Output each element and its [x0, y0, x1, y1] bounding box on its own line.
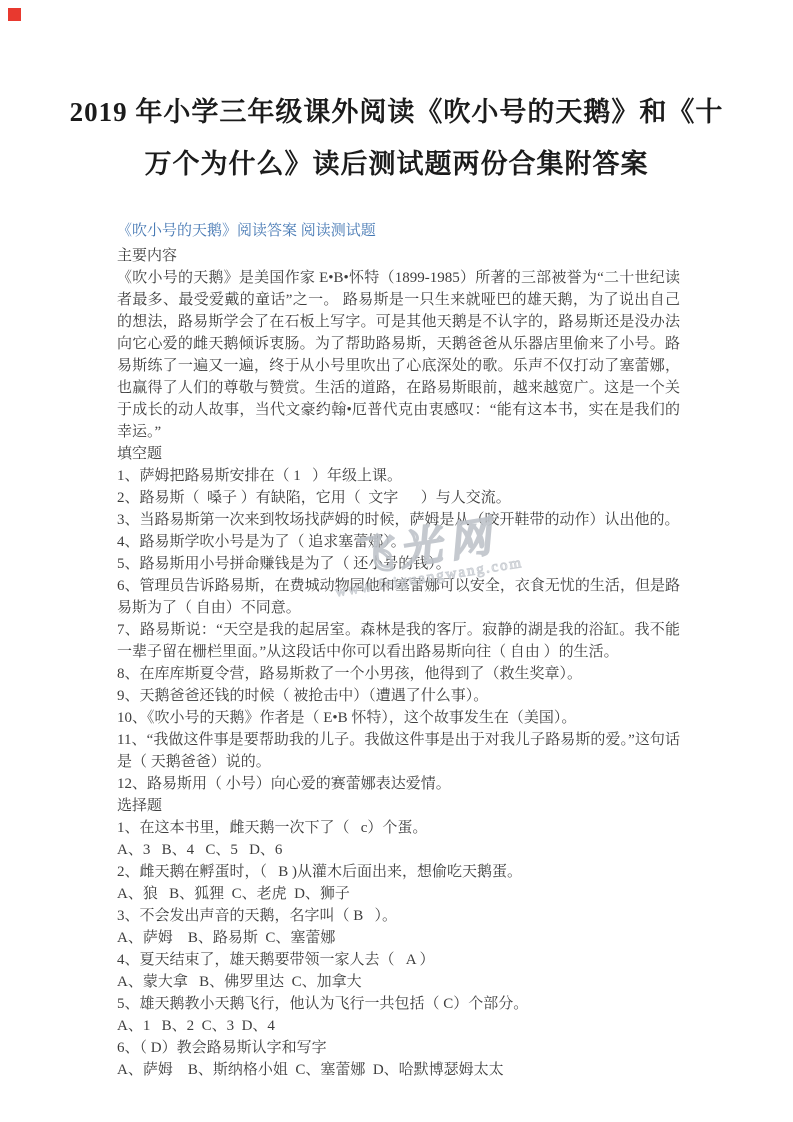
choice-question: 5、雄天鹅教小天鹅飞行，他认为飞行一共包括（ C）个部分。	[117, 993, 680, 1015]
section-heading-fill: 填空题	[117, 443, 680, 465]
choice-item: 2、雌天鹅在孵蛋时，（ B )从灌木后面出来，想偷吃天鹅蛋。 A、狼 B、狐狸 …	[117, 861, 680, 905]
choice-list: 1、在这本书里，雌天鹅一次下了（ c）个蛋。 A、3 B、4 C、5 D、6 2…	[117, 817, 680, 1081]
choice-item: 6、（ D）教会路易斯认字和写字 A、萨姆 B、斯纳格小姐 C、塞蕾娜 D、哈默…	[117, 1037, 680, 1081]
choice-options: A、蒙大拿 B、佛罗里达 C、加拿大	[117, 971, 680, 993]
fill-blank-item: 7、路易斯说：“天空是我的起居室。森林是我的客厅。寂静的湖是我的浴缸。我不能一辈…	[117, 619, 680, 663]
section-heading-main: 主要内容	[117, 245, 680, 267]
fill-blank-list: 1、萨姆把路易斯安排在（ 1 ）年级上课。 2、路易斯（ 嗓子 ）有缺陷，它用（…	[117, 465, 680, 795]
choice-question: 3、不会发出声音的天鹅，名字叫（ B ）。	[117, 905, 680, 927]
fill-blank-item: 8、在库库斯夏令营，路易斯救了一个小男孩，他得到了（救生奖章）。	[117, 663, 680, 685]
choice-item: 4、夏天结束了，雄天鹅要带领一家人去（ A ） A、蒙大拿 B、佛罗里达 C、加…	[117, 949, 680, 993]
choice-item: 1、在这本书里，雌天鹅一次下了（ c）个蛋。 A、3 B、4 C、5 D、6	[117, 817, 680, 861]
choice-options: A、3 B、4 C、5 D、6	[117, 839, 680, 861]
document-title-line: 万个为什么》读后测试题两份合集附答案	[60, 138, 733, 190]
choice-question: 1、在这本书里，雌天鹅一次下了（ c）个蛋。	[117, 817, 680, 839]
answer-link-heading[interactable]: 《吹小号的天鹅》阅读答案 阅读测试题	[117, 220, 680, 242]
fill-blank-item: 2、路易斯（ 嗓子 ）有缺陷，它用（ 文字 ）与人交流。	[117, 487, 680, 509]
fill-blank-item: 6、管理员告诉路易斯，在费城动物园他和塞蕾娜可以安全，衣食无忧的生活，但是路易斯…	[117, 575, 680, 619]
page: { "page": { "background": "#ffffff", "co…	[0, 0, 793, 1122]
fill-blank-item: 9、天鹅爸爸还钱的时候（ 被抢击中）（遭遇了什么事）。	[117, 685, 680, 707]
fill-blank-item: 11、“我做这件事是要帮助我的儿子。我做这件事是出于对我儿子路易斯的爱。”这句话…	[117, 729, 680, 773]
fill-blank-item: 4、路易斯学吹小号是为了（ 追求塞蕾娜）。	[117, 531, 680, 553]
main-paragraph: 《吹小号的天鹅》是美国作家 E•B•怀特（1899-1985）所著的三部被誉为“…	[117, 267, 680, 443]
choice-question: 6、（ D）教会路易斯认字和写字	[117, 1037, 680, 1059]
choice-options: A、萨姆 B、斯纳格小姐 C、塞蕾娜 D、哈默博瑟姆太太	[117, 1059, 680, 1081]
choice-question: 4、夏天结束了，雄天鹅要带领一家人去（ A ）	[117, 949, 680, 971]
choice-question: 2、雌天鹅在孵蛋时，（ B )从灌木后面出来，想偷吃天鹅蛋。	[117, 861, 680, 883]
fill-blank-item: 5、路易斯用小号拼命赚钱是为了（ 还小号的钱）。	[117, 553, 680, 575]
document-title: 2019 年小学三年级课外阅读《吹小号的天鹅》和《十 万个为什么》读后测试题两份…	[0, 0, 793, 190]
choice-options: A、1 B、2 C、3 D、4	[117, 1015, 680, 1037]
document-body: 《吹小号的天鹅》阅读答案 阅读测试题 主要内容 《吹小号的天鹅》是美国作家 E•…	[117, 220, 680, 1081]
choice-options: A、萨姆 B、路易斯 C、塞蕾娜	[117, 927, 680, 949]
fill-blank-item: 12、路易斯用（ 小号）向心爱的赛蕾娜表达爱情。	[117, 773, 680, 795]
red-corner-marker	[8, 8, 21, 21]
choice-item: 3、不会发出声音的天鹅，名字叫（ B ）。 A、萨姆 B、路易斯 C、塞蕾娜	[117, 905, 680, 949]
document-title-line: 2019 年小学三年级课外阅读《吹小号的天鹅》和《十	[60, 86, 733, 138]
fill-blank-item: 1、萨姆把路易斯安排在（ 1 ）年级上课。	[117, 465, 680, 487]
choice-item: 5、雄天鹅教小天鹅飞行，他认为飞行一共包括（ C）个部分。 A、1 B、2 C、…	[117, 993, 680, 1037]
fill-blank-item: 10、《吹小号的天鹅》作者是（ E•B 怀特），这个故事发生在（美国）。	[117, 707, 680, 729]
fill-blank-item: 3、当路易斯第一次来到牧场找萨姆的时候，萨姆是从（咬开鞋带的动作）认出他的。	[117, 509, 680, 531]
choice-options: A、狼 B、狐狸 C、老虎 D、狮子	[117, 883, 680, 905]
section-heading-choice: 选择题	[117, 795, 680, 817]
